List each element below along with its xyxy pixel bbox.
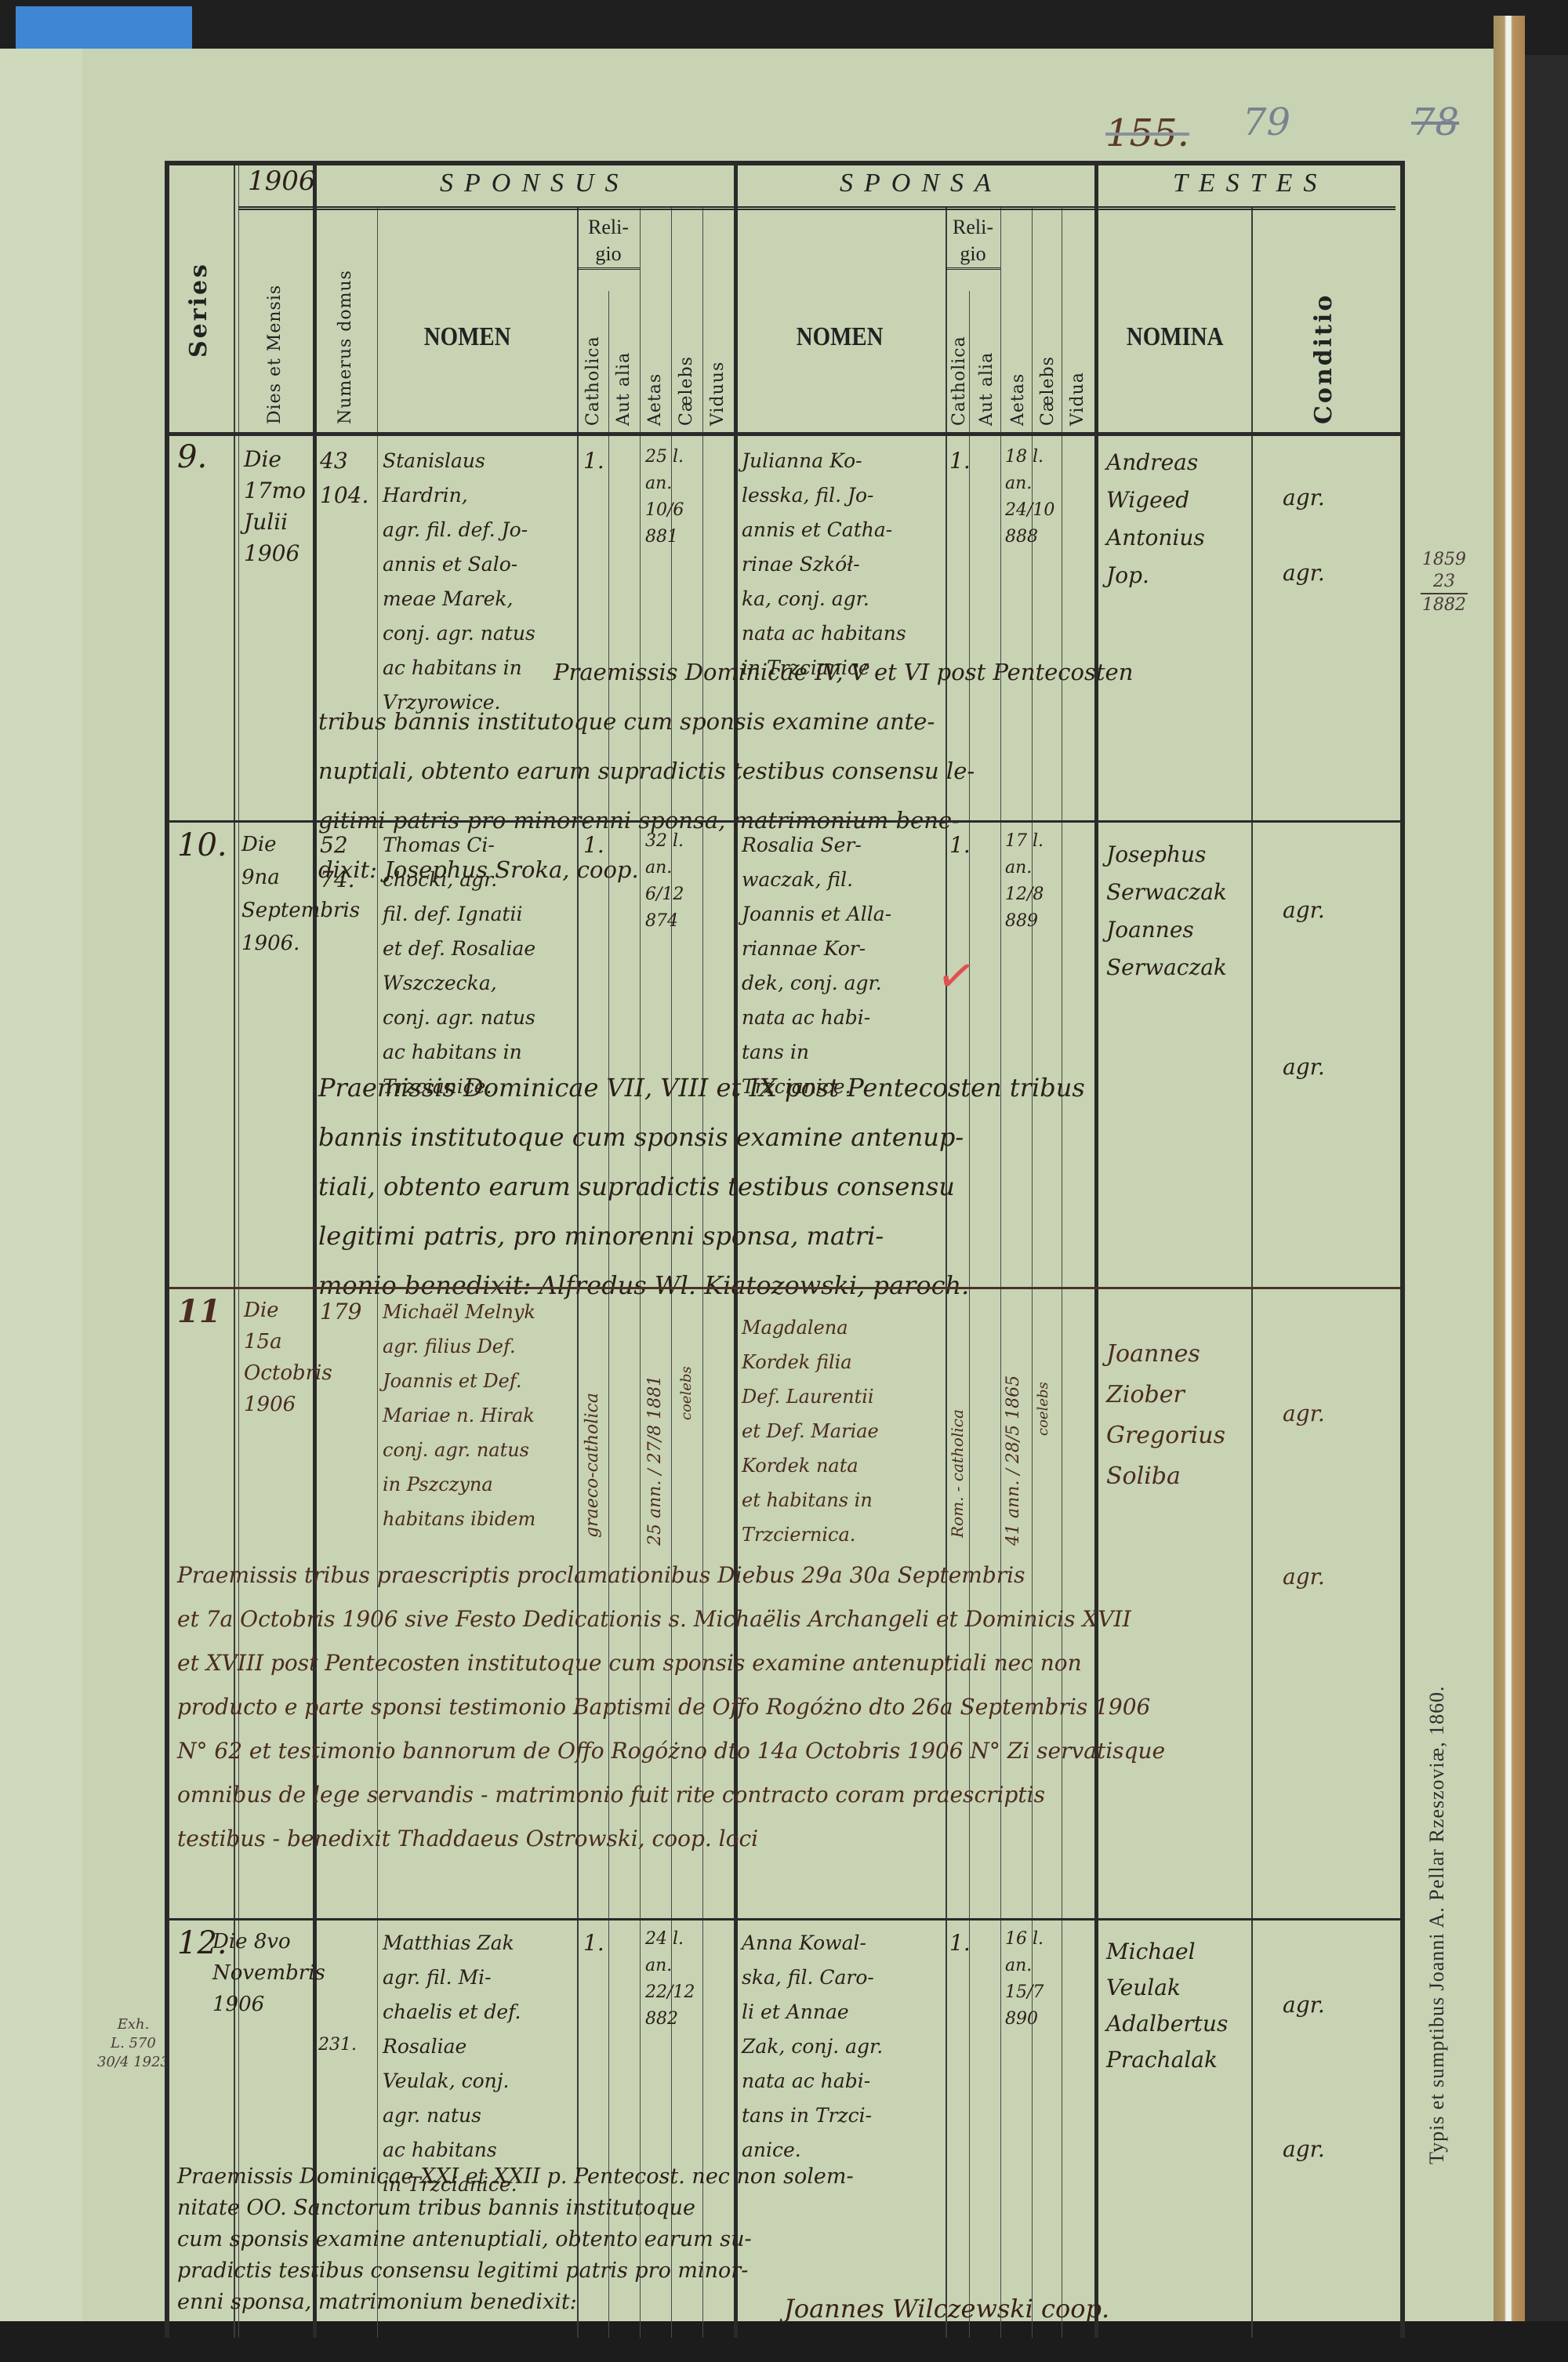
column-sponsa-caelebs: Cælebs — [1038, 356, 1058, 426]
column-rule — [608, 291, 609, 2338]
column-vidua: Vidua — [1068, 372, 1087, 426]
entry-house-number: 231. — [318, 2028, 357, 2062]
entry-date: Die 15a Octobris 1906 — [244, 1295, 332, 1420]
entry-conditio: agr. agr. — [1283, 479, 1325, 592]
header-rule — [238, 206, 1396, 210]
entry-sponsa-religio: Rom. - catholica — [946, 1409, 969, 1538]
entry-sponsa-catholica: 1. — [949, 1926, 971, 1960]
column-testes-nomina: NOMINA — [1127, 322, 1224, 352]
margin-note-right: 1859 23 1882 — [1421, 549, 1468, 616]
column-numerus-domus: Numerus domus — [336, 270, 355, 424]
margin-note-line: 23 — [1421, 571, 1468, 593]
entry-sponsus-catholica: 1. — [583, 444, 604, 478]
page-stack-edge — [1494, 16, 1525, 2362]
entry-date: Die 8vo Novembris 1906 — [212, 1926, 325, 2020]
column-aut-alia: Aut alia — [614, 352, 633, 426]
margin-note-line: 1859 — [1421, 549, 1468, 571]
entry-divider — [169, 1287, 1400, 1289]
column-dies-mensis: Dies et Mensis — [265, 285, 285, 424]
entry-sponsa-name: Anna Kowal- ska, fil. Caro- li et Annae … — [742, 1926, 883, 2168]
priest-signature: Joannes Wilczewski coop. — [784, 2294, 1109, 2324]
entry-conditio: agr. agr. — [1283, 1969, 1325, 2186]
entry-house-number: 179 — [320, 1295, 361, 1329]
entry-remark: Praemissis tribus praescriptis proclamat… — [177, 1553, 1400, 1861]
year-label: 1906 — [248, 164, 316, 198]
column-conditio: Conditio — [1310, 293, 1338, 424]
header-bottom-rule — [169, 432, 1400, 436]
entry-sponsa-aetas: 18 l. an. 24/10 888 — [1005, 444, 1054, 551]
entry-sponsa-catholica: 1. — [949, 444, 971, 478]
margin-note-line: 1882 — [1421, 593, 1468, 616]
entry-remark: Praemissis Dominicae VII, VIII et IX pos… — [318, 1063, 1392, 1310]
entry-sponsa-caelebs: coelebs — [1032, 1382, 1055, 1436]
entry-series: 9. — [177, 440, 207, 474]
facing-page-edge — [0, 49, 84, 2362]
printer-imprint: Typis et sumptibus Joanni A. Pellar Rzes… — [1425, 1685, 1449, 2164]
column-sponsa-aut-alia: Aut alia — [977, 352, 996, 426]
entry-sponsus-catholica: 1. — [583, 1926, 604, 1960]
entry-house-number: 52 74. — [320, 828, 355, 897]
entry-sponsus-caelebs: coelebs — [675, 1366, 699, 1420]
column-aetas: Aetas — [645, 373, 665, 426]
margin-note-line: Exh. — [90, 2015, 176, 2034]
margin-note-line: L. 570 — [90, 2034, 176, 2053]
column-sponsa-nomen: NOMEN — [797, 322, 884, 352]
margin-note-left: Exh. L. 570 30/4 1923 — [90, 2015, 176, 2072]
page-number-pencil: 79 — [1243, 100, 1290, 144]
column-caelebs: Cælebs — [677, 356, 696, 426]
group-sponsus: SPONSUS — [440, 169, 630, 198]
entry-sponsa-aetas: 17 l. an. 12/8 889 — [1005, 828, 1044, 935]
entry-sponsus-catholica: 1. — [583, 828, 604, 863]
entry-series: 10. — [177, 828, 227, 863]
group-sponsa: SPONSA — [840, 169, 1002, 198]
book-binding-top — [0, 0, 1568, 55]
column-rule — [969, 291, 970, 2338]
entry-sponsa-aetas: 41 ann. / 28/5 1865 — [1002, 1375, 1025, 1546]
entry-sponsus-aetas: 25 l. an. 10/6 881 — [645, 444, 684, 551]
column-religio: Reli- gio — [577, 214, 640, 270]
entry-sponsus-religio: graeco-catholica — [581, 1393, 604, 1538]
column-sponsa-aetas: Aetas — [1008, 373, 1028, 426]
column-series: Series — [185, 262, 212, 358]
page-number-pencil-crossed: 78 — [1411, 100, 1459, 144]
entry-testes: Joannes Ziober Gregorius Soliba — [1106, 1334, 1225, 1497]
margin-note-line: 30/4 1923 — [90, 2053, 176, 2072]
entry-sponsus-aetas: 24 l. an. 22/12 882 — [645, 1926, 695, 2033]
entry-sponsus-aetas: 25 ann. / 27/8 1881 — [644, 1375, 667, 1546]
entry-sponsa-name: Magdalena Kordek filia Def. Laurentii et… — [742, 1310, 879, 1552]
entry-divider — [169, 1918, 1400, 1920]
entry-testes: Josephus Serwaczak Joannes Serwaczak — [1106, 836, 1227, 987]
page-number-ink: 155. — [1105, 111, 1189, 155]
entry-sponsus-name: Michaël Melnyk agr. filius Def. Joannis … — [383, 1295, 535, 1536]
binding-cloth — [16, 6, 192, 49]
column-sponsa-religio: Reli- gio — [946, 214, 1000, 270]
marriage-register-table: 1906 SPONSUS SPONSA TESTES Series Dies e… — [165, 161, 1405, 2338]
entry-series: 11 — [177, 1295, 221, 1329]
entry-divider — [169, 820, 1400, 823]
entry-testes: Andreas Wigeed Antonius Jop. — [1106, 444, 1205, 594]
column-viduus: Viduus — [708, 362, 728, 426]
entry-date: Die 17mo Julii 1906 — [244, 444, 306, 569]
entry-sponsus-aetas: 32 l. an. 6/12 874 — [645, 828, 684, 935]
entry-sponsa-catholica: 1. — [949, 828, 971, 863]
entry-house-number: 43 104. — [320, 444, 368, 513]
column-sponsa-catholica: Catholica — [949, 336, 969, 426]
column-catholica: Catholica — [583, 336, 603, 426]
group-testes: TESTES — [1173, 169, 1327, 198]
entry-sponsa-aetas: 16 l. an. 15/7 890 — [1005, 1926, 1044, 2033]
entry-testes: Michael Veulak Adalbertus Prachalak — [1106, 1934, 1228, 2078]
column-sponsus-nomen: NOMEN — [424, 322, 511, 352]
